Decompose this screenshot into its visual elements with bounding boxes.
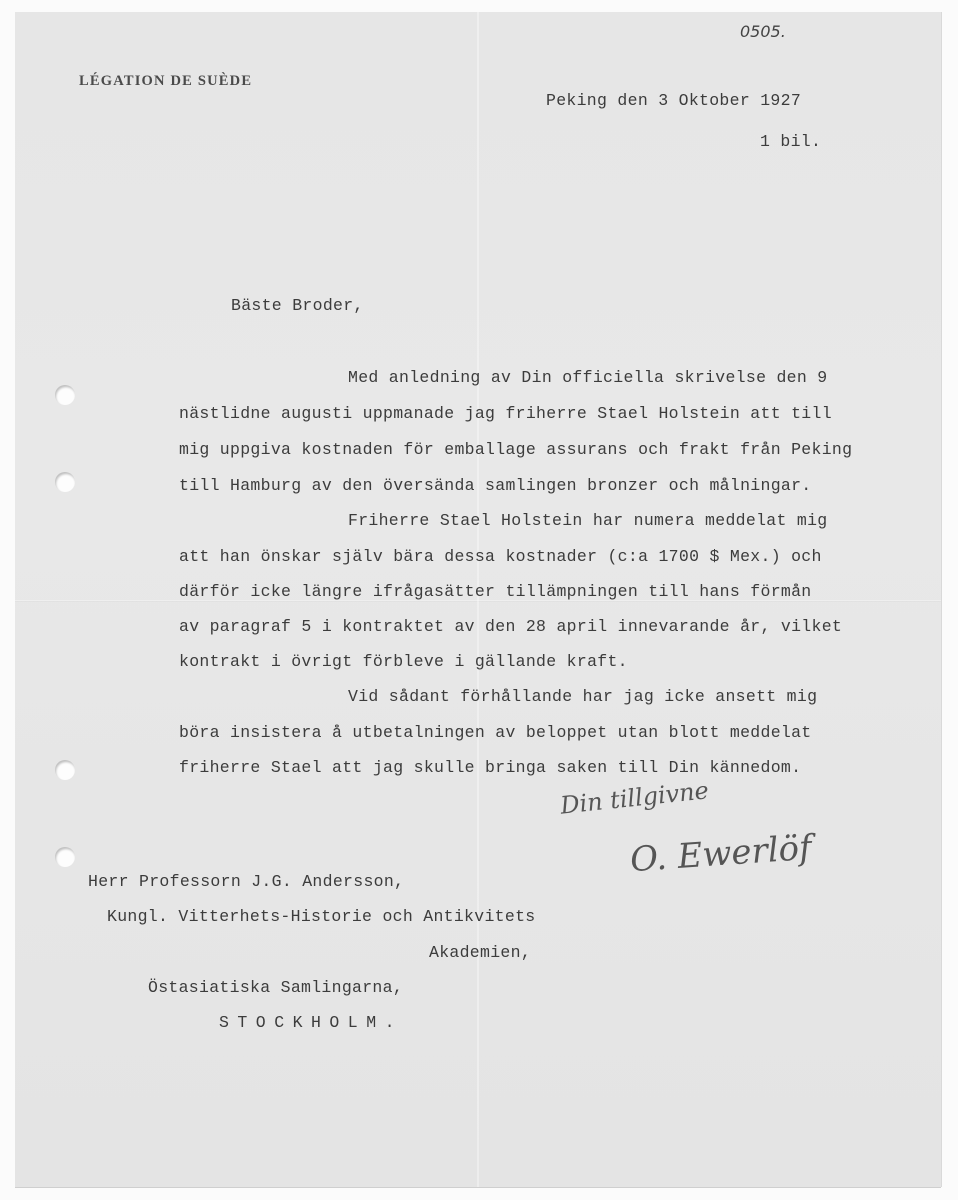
body-line: till Hamburg av den översända samlingen … — [179, 476, 812, 495]
body-line: Med anledning av Din officiella skrivels… — [348, 368, 827, 387]
body-line: friherre Stael att jag skulle bringa sak… — [179, 758, 801, 777]
handwritten-signature: O. Ewerlöf — [629, 828, 813, 881]
body-line: Vid sådant förhållande har jag icke anse… — [348, 687, 817, 706]
recipient-line: Östasiatiska Samlingarna, — [148, 978, 403, 997]
body-line: av paragraf 5 i kontraktet av den 28 apr… — [179, 617, 842, 636]
body-line: mig uppgiva kostnaden för emballage assu… — [179, 440, 852, 459]
salutation: Bäste Broder, — [231, 296, 364, 315]
body-line: Friherre Stael Holstein har numera medde… — [348, 511, 827, 530]
punch-hole-icon — [55, 472, 75, 492]
letter-page: 0505. LÉGATION DE SUÈDE Peking den 3 Okt… — [15, 12, 941, 1187]
letterhead: LÉGATION DE SUÈDE — [79, 73, 252, 90]
recipient-line: Kungl. Vitterhets-Historie och Antikvite… — [107, 907, 535, 926]
punch-hole-icon — [55, 760, 75, 780]
body-line: kontrakt i övrigt förbleve i gällande kr… — [179, 652, 628, 671]
place-date: Peking den 3 Oktober 1927 — [546, 91, 801, 110]
punch-hole-icon — [55, 847, 75, 867]
enclosures: 1 bil. — [760, 132, 821, 151]
recipient-line: Akademien, — [429, 943, 531, 962]
handwritten-closing: Din tillgivne — [559, 776, 710, 819]
body-line: därför icke längre ifrågasätter tillämpn… — [179, 582, 812, 601]
body-line: att han önskar själv bära dessa kostnade… — [179, 547, 822, 566]
punch-hole-icon — [55, 385, 75, 405]
recipient-city: STOCKHOLM. — [219, 1013, 403, 1032]
body-line: böra insistera å utbetalningen av belopp… — [179, 723, 812, 742]
recipient-line: Herr Professorn J.G. Andersson, — [88, 872, 404, 891]
body-line: nästlidne augusti uppmanade jag friherre… — [179, 404, 832, 423]
archive-number: 0505. — [740, 22, 786, 41]
